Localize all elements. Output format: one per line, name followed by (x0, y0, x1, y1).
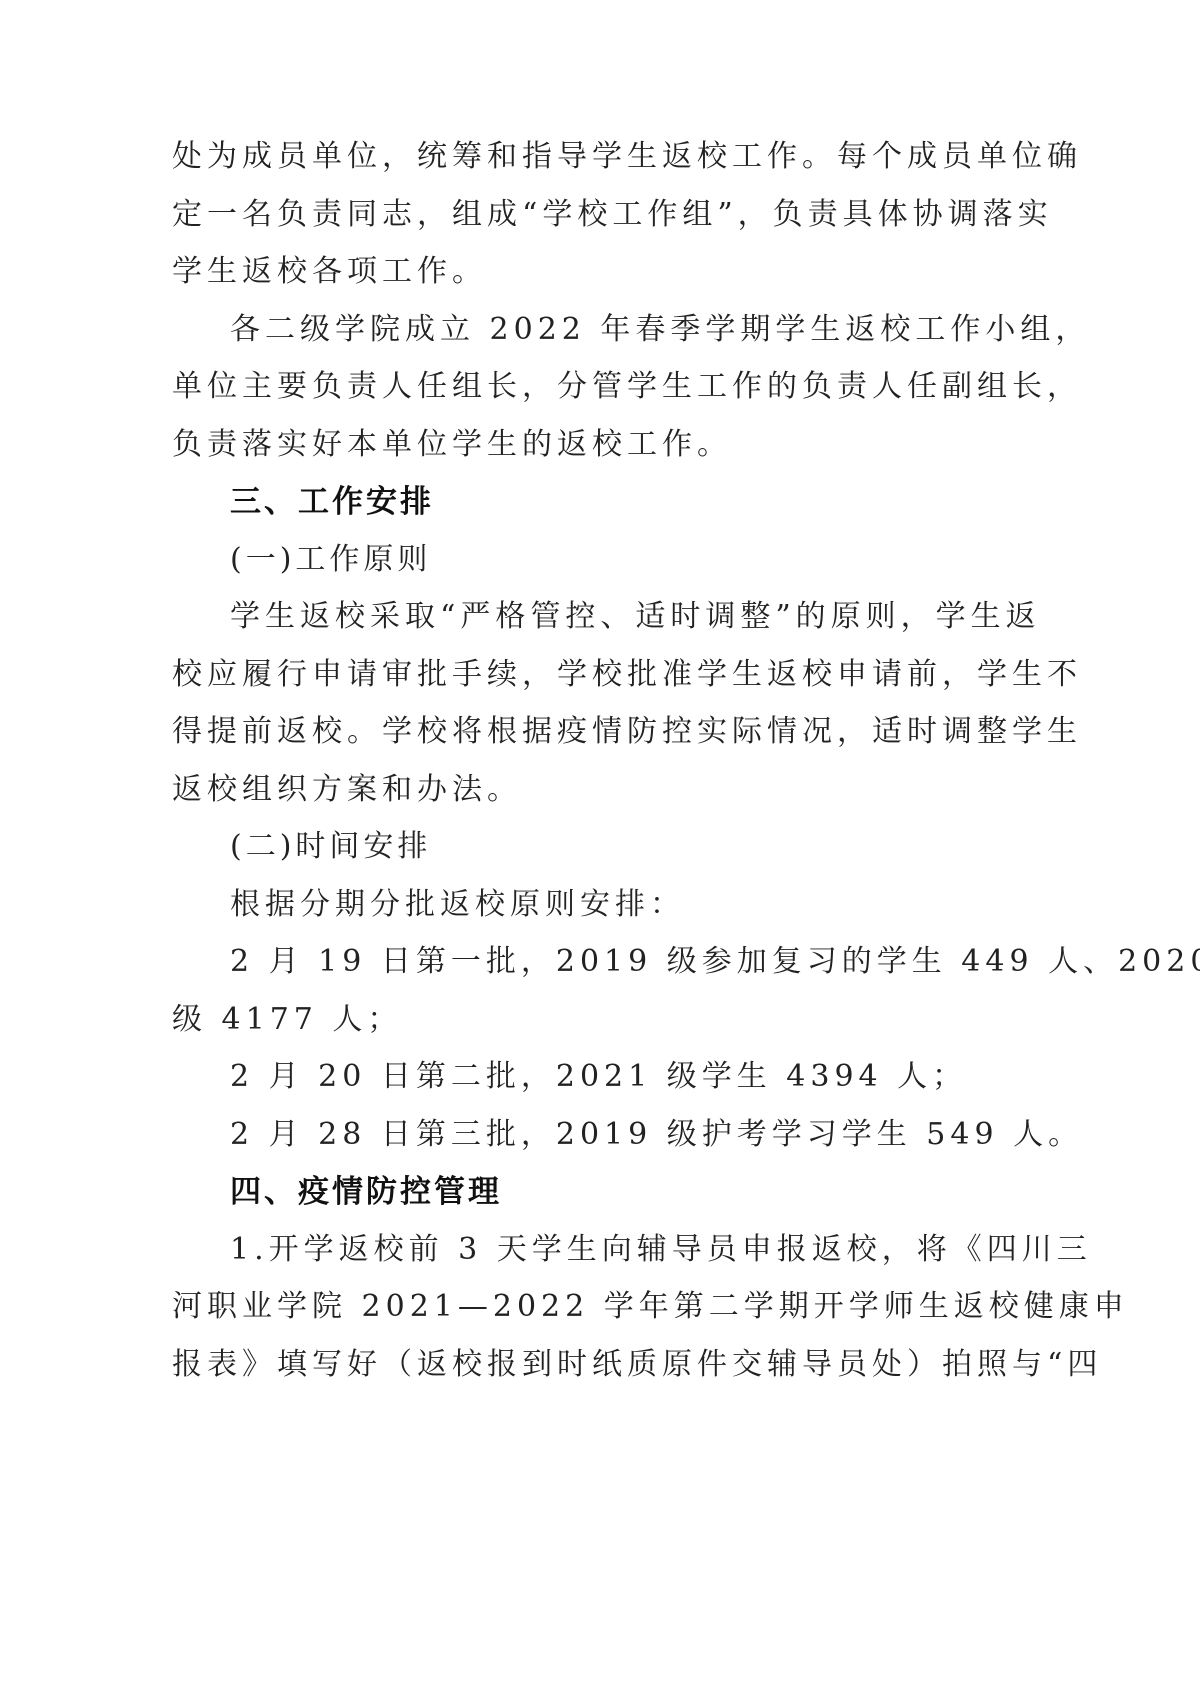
paragraph-line: 学生返校各项工作。 (172, 252, 1052, 292)
subsection-heading-schedule: (二)时间安排 (230, 827, 1110, 867)
schedule-item-batch-2: 2 月 20 日第二批，2021 级学生 4394 人； (230, 1057, 1110, 1097)
schedule-item-batch-3: 2 月 28 日第三批，2019 级护考学习学生 549 人。 (230, 1115, 1110, 1155)
paragraph-line: 报表》填写好（返校报到时纸质原件交辅导员处）拍照与“四 (172, 1345, 1052, 1385)
section-heading-work-arrangement: 三、工作安排 (230, 482, 1110, 522)
paragraph-line: 得提前返校。学校将根据疫情防控实际情况，适时调整学生 (172, 712, 1052, 752)
paragraph-line: 校应履行申请审批手续，学校批准学生返校申请前，学生不 (172, 655, 1052, 695)
paragraph-line: 河职业学院 2021—2022 学年第二学期开学师生返校健康申 (172, 1287, 1052, 1327)
document-page: 处为成员单位，统筹和指导学生返校工作。每个成员单位确 定一名负责同志，组成“学校… (0, 0, 1200, 1697)
paragraph-line: 根据分期分批返校原则安排： (230, 885, 1110, 925)
paragraph-line: 1.开学返校前 3 天学生向辅导员申报返校，将《四川三 (230, 1230, 1110, 1270)
paragraph-line: 定一名负责同志，组成“学校工作组”，负责具体协调落实 (172, 195, 1052, 235)
paragraph-line: 负责落实好本单位学生的返校工作。 (172, 425, 1052, 465)
paragraph-line: 学生返校采取“严格管控、适时调整”的原则，学生返 (230, 597, 1110, 637)
subsection-heading-principles: (一)工作原则 (230, 540, 1110, 580)
section-heading-epidemic-control: 四、疫情防控管理 (230, 1172, 1110, 1212)
schedule-item-batch-1-cont: 级 4177 人； (172, 1000, 1052, 1040)
schedule-item-batch-1: 2 月 19 日第一批，2019 级参加复习的学生 449 人、2020 (230, 942, 1110, 982)
paragraph-line: 单位主要负责人任组长，分管学生工作的负责人任副组长， (172, 367, 1052, 407)
paragraph-line: 各二级学院成立 2022 年春季学期学生返校工作小组， (230, 310, 1110, 350)
paragraph-line: 返校组织方案和办法。 (172, 770, 1052, 810)
paragraph-line: 处为成员单位，统筹和指导学生返校工作。每个成员单位确 (172, 137, 1052, 177)
